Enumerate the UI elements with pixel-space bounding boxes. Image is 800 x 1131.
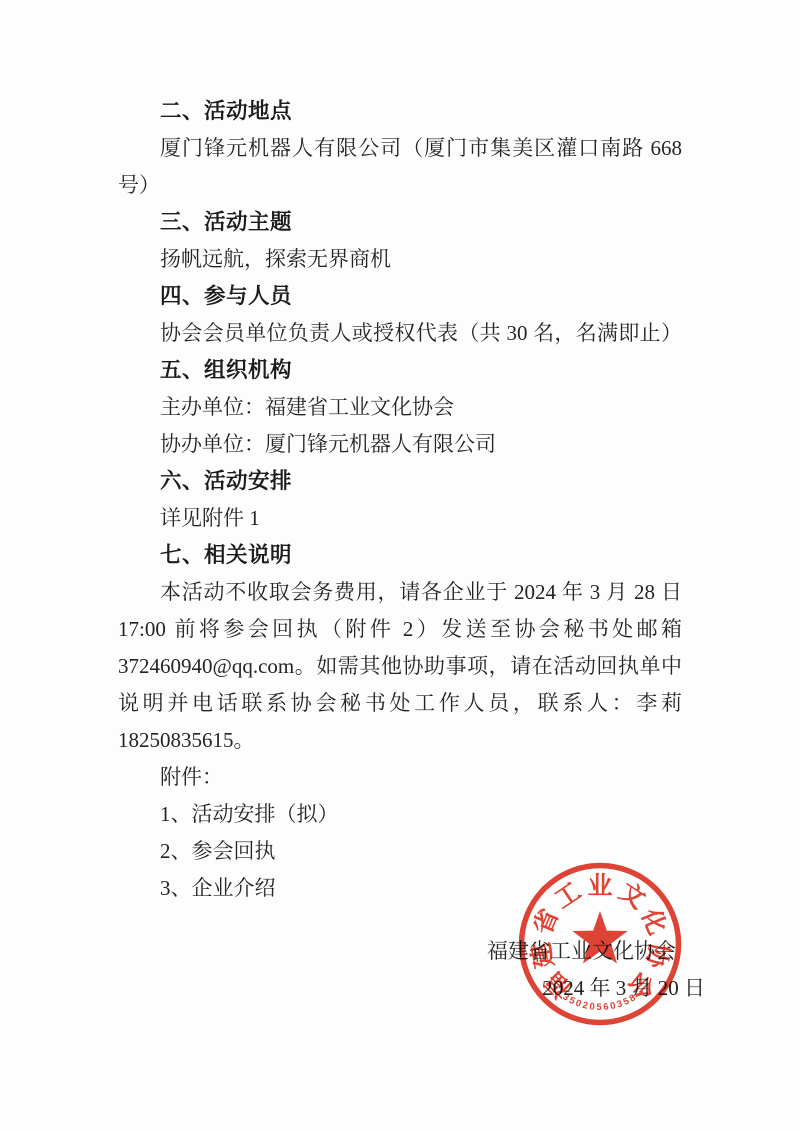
section-heading-participants: 四、参与人员: [118, 278, 682, 315]
text-line-phone: 18250835615。: [118, 722, 682, 759]
text-line-contact: 说明并电话联系协会秘书处工作人员，联系人：李莉: [118, 685, 682, 722]
text-line-email: 372460940@qq.com。如需其他协助事项，请在活动回执单中: [118, 648, 682, 685]
section-heading-location: 二、活动地点: [118, 93, 682, 130]
text-line-co-organizer: 协办单位：厦门锋元机器人有限公司: [118, 426, 682, 463]
seal-code-text: 35020560358: [561, 991, 640, 1013]
seal-char: 省: [529, 905, 564, 939]
section-heading-theme: 三、活动主题: [118, 204, 682, 241]
document-page: 二、活动地点 厦门锋元机器人有限公司（厦门市集美区灌口南路 668 号） 三、活…: [0, 0, 800, 1131]
attachment-item-1: 1、活动安排（拟）: [118, 796, 682, 833]
text-line: 号）: [118, 167, 682, 204]
text-line-host-unit: 主办单位：福建省工业文化协会: [118, 389, 682, 426]
section-heading-organization: 五、组织机构: [118, 352, 682, 389]
text-line: 17:00 前将参会回执（附件 2）发送至协会秘书处邮箱: [118, 611, 682, 648]
text-line: 本活动不收取会务费用，请各企业于 2024 年 3 月 28 日: [118, 574, 682, 611]
official-seal: 福 建 省 工 业 文 化 协 会 35020560358: [514, 858, 686, 1030]
seal-code: 35020560358: [561, 991, 640, 1013]
text-line: 详见附件 1: [118, 500, 682, 537]
seal-char: 建: [527, 940, 559, 970]
attachments-label: 附件：: [118, 759, 682, 796]
section-heading-notes: 七、相关说明: [118, 537, 682, 574]
seal-char: 协: [641, 940, 674, 971]
text-line: 扬帆远航，探索无界商机: [118, 241, 682, 278]
section-heading-schedule: 六、活动安排: [118, 463, 682, 500]
star-icon: [572, 911, 627, 963]
seal-char: 业: [587, 872, 612, 900]
seal-graphic: 福 建 省 工 业 文 化 协 会 35020560358: [514, 858, 686, 1030]
document-body: 二、活动地点 厦门锋元机器人有限公司（厦门市集美区灌口南路 668 号） 三、活…: [118, 93, 682, 907]
seal-char: 化: [635, 904, 671, 939]
text-line: 厦门锋元机器人有限公司（厦门市集美区灌口南路 668: [118, 130, 682, 167]
text-line: 协会会员单位负责人或授权代表（共 30 名，名满即止）: [118, 315, 682, 352]
